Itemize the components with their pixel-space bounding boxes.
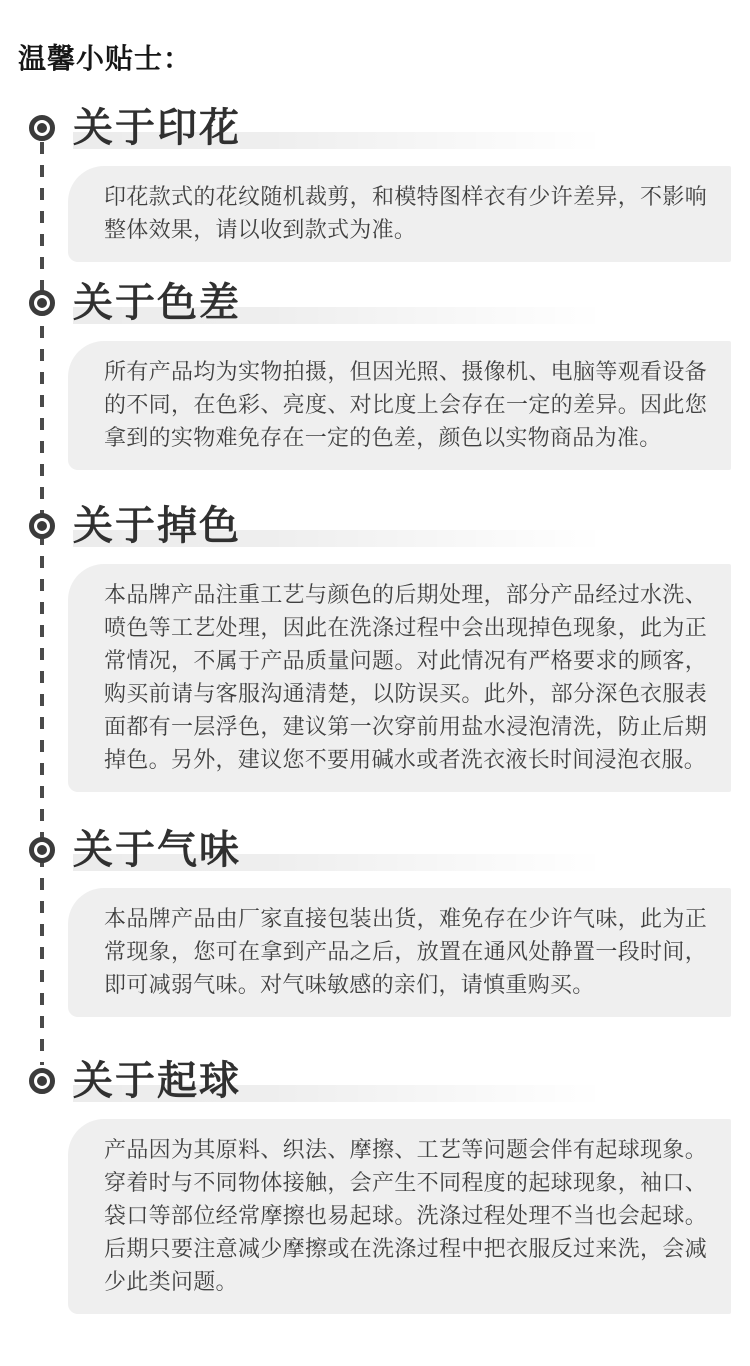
section-body: 印花款式的花纹随机裁剪，和模特图样衣有少许差异，不影响整体效果，请以收到款式为准…	[68, 166, 731, 262]
section-body: 本品牌产品由厂家直接包装出货，难免存在少许气味，此为正常现象，您可在拿到产品之后…	[68, 888, 731, 1017]
page-title: 温馨小贴士：	[18, 40, 750, 78]
target-bullet-icon	[29, 1068, 55, 1094]
bullet-dot-icon	[37, 298, 47, 308]
section-heading-row: 关于掉色	[0, 504, 750, 548]
section-title: 关于色差	[73, 281, 241, 325]
tip-section-fading: 关于掉色 本品牌产品注重工艺与颜色的后期处理，部分产品经过水洗、喷色等工艺处理，…	[0, 504, 750, 792]
product-tips-page: 温馨小贴士： 关于印花 印花款式的花纹随机裁剪，和模特图样衣有少许差异，不影响整…	[0, 0, 750, 1366]
tip-section-odor: 关于气味 本品牌产品由厂家直接包装出货，难免存在少许气味，此为正常现象，您可在拿…	[0, 828, 750, 1017]
section-heading-row: 关于气味	[0, 828, 750, 872]
tip-section-color-difference: 关于色差 所有产品均为实物拍摄，但因光照、摄像机、电脑等观看设备的不同，在色彩、…	[0, 281, 750, 470]
bullet-dot-icon	[37, 123, 47, 133]
tip-section-printing: 关于印花 印花款式的花纹随机裁剪，和模特图样衣有少许差异，不影响整体效果，请以收…	[0, 106, 750, 262]
section-body: 本品牌产品注重工艺与颜色的后期处理，部分产品经过水洗、喷色等工艺处理，因此在洗涤…	[68, 564, 731, 792]
section-heading-row: 关于起球	[0, 1059, 750, 1103]
section-heading-row: 关于印花	[0, 106, 750, 150]
section-title: 关于印花	[73, 106, 241, 150]
section-body: 产品因为其原料、织法、摩擦、工艺等问题会伴有起球现象。穿着时与不同物体接触，会产…	[68, 1119, 731, 1314]
section-title: 关于气味	[73, 828, 241, 872]
bullet-dot-icon	[37, 845, 47, 855]
target-bullet-icon	[29, 837, 55, 863]
target-bullet-icon	[29, 513, 55, 539]
target-bullet-icon	[29, 290, 55, 316]
tip-section-pilling: 关于起球 产品因为其原料、织法、摩擦、工艺等问题会伴有起球现象。穿着时与不同物体…	[0, 1059, 750, 1314]
section-title: 关于起球	[73, 1059, 241, 1103]
bullet-dot-icon	[37, 521, 47, 531]
section-body: 所有产品均为实物拍摄，但因光照、摄像机、电脑等观看设备的不同，在色彩、亮度、对比…	[68, 341, 731, 470]
bullet-dot-icon	[37, 1076, 47, 1086]
section-heading-row: 关于色差	[0, 281, 750, 325]
section-title: 关于掉色	[73, 504, 241, 548]
target-bullet-icon	[29, 115, 55, 141]
